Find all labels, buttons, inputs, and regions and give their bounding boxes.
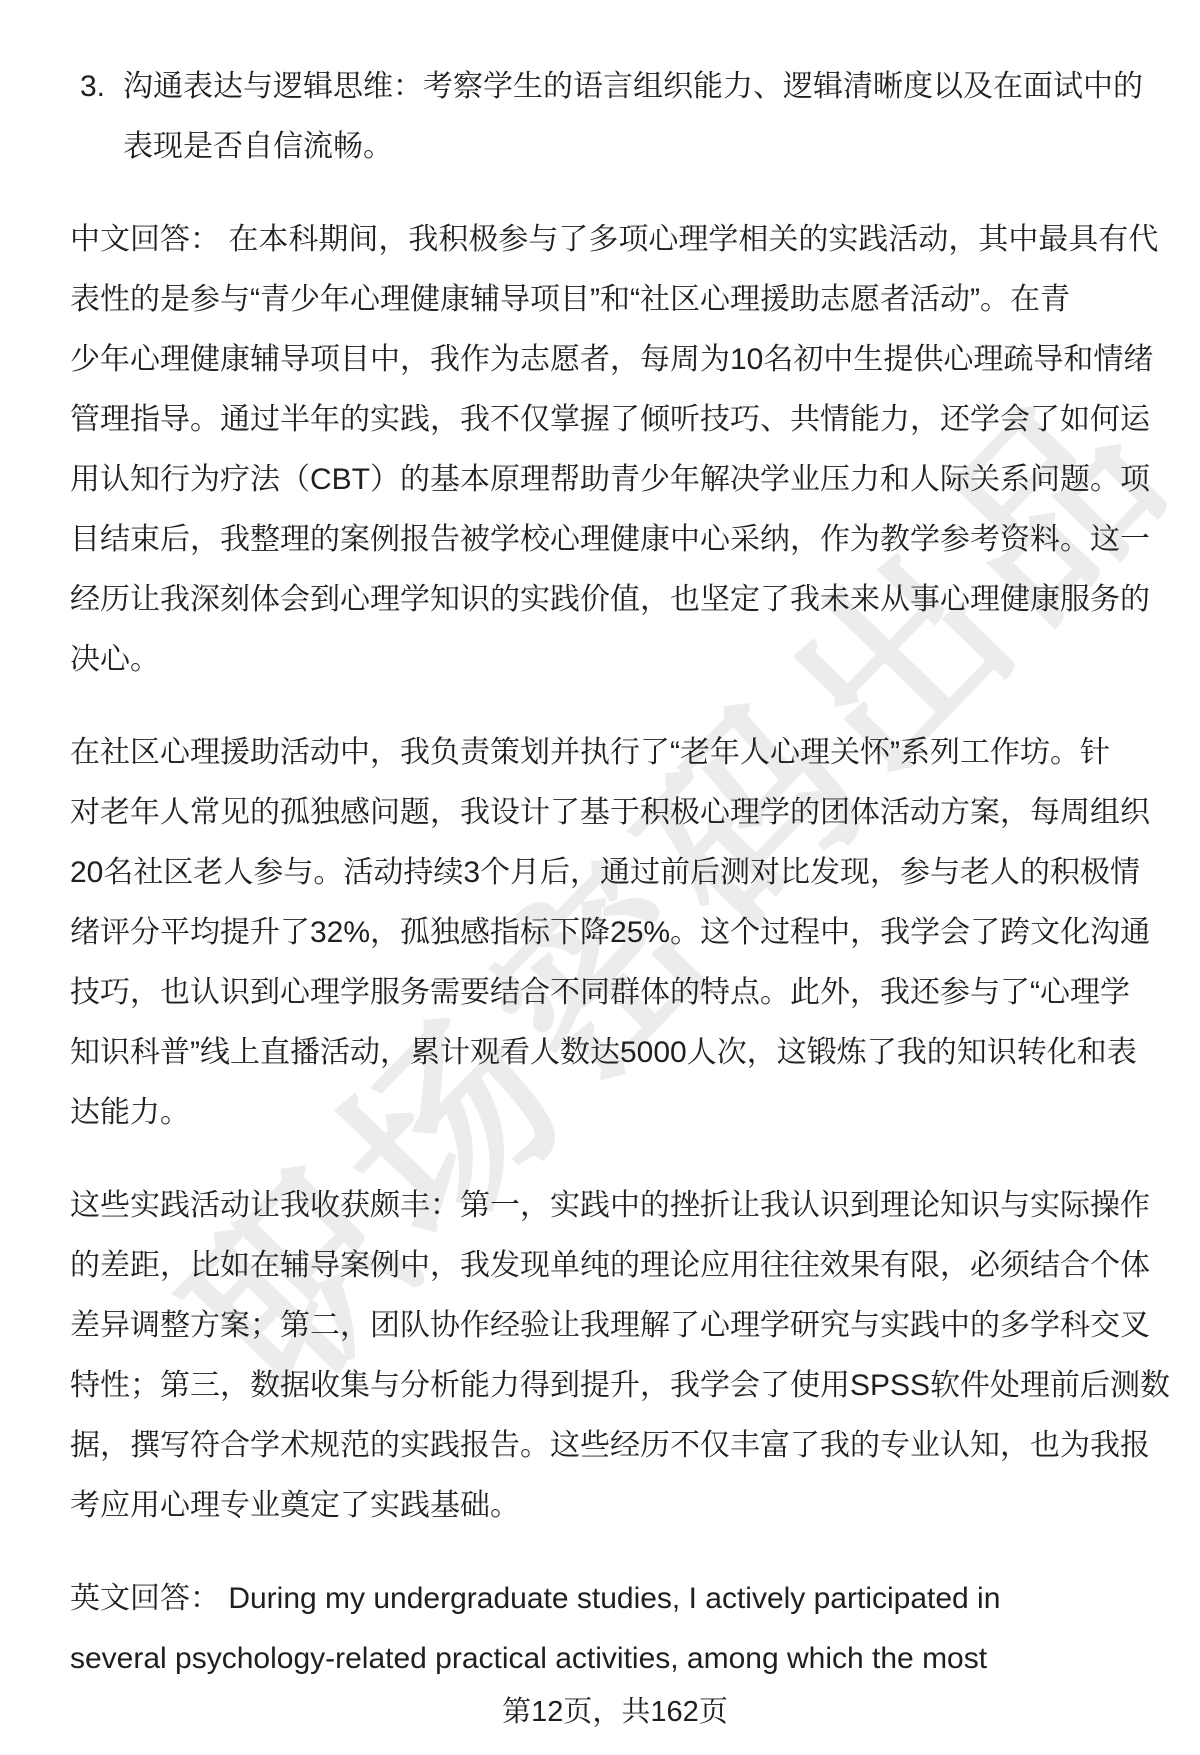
text-line: 20名社区老人参与。活动持续3个月后，通过前后测对比发现，参与老人的积极情 — [70, 843, 1160, 903]
text-line: 绪评分平均提升了32%，孤独感指标下降25%。这个过程中，我学会了跨文化沟通 — [70, 903, 1160, 963]
text-line: 知识科普”线上直播活动，累计观看人数达5000人次，这锻炼了我的知识转化和表 — [70, 1023, 1160, 1083]
text-line: 表现是否自信流畅。 — [123, 117, 1160, 177]
text-line: 特性；第三，数据收集与分析能力得到提升，我学会了使用SPSS软件处理前后测数 — [70, 1356, 1160, 1416]
text-line: 管理指导。通过半年的实践，我不仅掌握了倾听技巧、共情能力，还学会了如何运 — [70, 390, 1160, 450]
paragraph: 英文回答： During my undergraduate studies, I… — [70, 1569, 1160, 1689]
list-item-text: 沟通表达与逻辑思维：考察学生的语言组织能力、逻辑清晰度以及在面试中的表现是否自信… — [123, 57, 1160, 177]
text-line: 达能力。 — [70, 1083, 1160, 1143]
text-line: 英文回答： During my undergraduate studies, I… — [70, 1569, 1160, 1629]
document-page: 职场密码出品 3. 沟通表达与逻辑思维：考察学生的语言组织能力、逻辑清晰度以及在… — [0, 0, 1200, 1755]
text-line: 对老年人常见的孤独感问题，我设计了基于积极心理学的团体活动方案，每周组织 — [70, 783, 1160, 843]
text-line: 考应用心理专业奠定了实践基础。 — [70, 1476, 1160, 1536]
text-line: 差异调整方案；第二，团队协作经验让我理解了心理学研究与实践中的多学科交叉 — [70, 1296, 1160, 1356]
text-line: 这些实践活动让我收获颇丰：第一，实践中的挫折让我认识到理论知识与实际操作 — [70, 1176, 1160, 1236]
text-line: 沟通表达与逻辑思维：考察学生的语言组织能力、逻辑清晰度以及在面试中的 — [123, 57, 1160, 117]
text-line: 目结束后，我整理的案例报告被学校心理健康中心采纳，作为教学参考资料。这一 — [70, 510, 1160, 570]
list-number: 3. — [80, 57, 105, 117]
paragraph: 这些实践活动让我收获颇丰：第一，实践中的挫折让我认识到理论知识与实际操作的差距，… — [70, 1176, 1160, 1536]
page-content: 3. 沟通表达与逻辑思维：考察学生的语言组织能力、逻辑清晰度以及在面试中的表现是… — [0, 0, 1200, 1689]
body-paragraphs: 中文回答： 在本科期间，我积极参与了多项心理学相关的实践活动，其中最具有代表性的… — [70, 210, 1160, 1689]
numbered-list-item: 3. 沟通表达与逻辑思维：考察学生的语言组织能力、逻辑清晰度以及在面试中的表现是… — [70, 57, 1160, 177]
paragraph: 在社区心理援助活动中，我负责策划并执行了“老年人心理关怀”系列工作坊。针对老年人… — [70, 723, 1160, 1143]
paragraph: 中文回答： 在本科期间，我积极参与了多项心理学相关的实践活动，其中最具有代表性的… — [70, 210, 1160, 690]
text-line: 经历让我深刻体会到心理学知识的实践价值，也坚定了我未来从事心理健康服务的 — [70, 570, 1160, 630]
page-footer: 第12页，共162页 — [70, 1682, 1160, 1742]
text-line: 决心。 — [70, 630, 1160, 690]
text-line: 据，撰写符合学术规范的实践报告。这些经历不仅丰富了我的专业认知，也为我报 — [70, 1416, 1160, 1476]
text-line: 在社区心理援助活动中，我负责策划并执行了“老年人心理关怀”系列工作坊。针 — [70, 723, 1160, 783]
text-line: 技巧，也认识到心理学服务需要结合不同群体的特点。此外，我还参与了“心理学 — [70, 963, 1160, 1023]
text-line: 表性的是参与“青少年心理健康辅导项目”和“社区心理援助志愿者活动”。在青 — [70, 270, 1160, 330]
text-line: 用认知行为疗法（CBT）的基本原理帮助青少年解决学业压力和人际关系问题。项 — [70, 450, 1160, 510]
text-line: 的差距，比如在辅导案例中，我发现单纯的理论应用往往效果有限，必须结合个体 — [70, 1236, 1160, 1296]
text-line: several psychology-related practical act… — [70, 1629, 1160, 1689]
text-line: 中文回答： 在本科期间，我积极参与了多项心理学相关的实践活动，其中最具有代 — [70, 210, 1160, 270]
text-line: 少年心理健康辅导项目中，我作为志愿者，每周为10名初中生提供心理疏导和情绪 — [70, 330, 1160, 390]
